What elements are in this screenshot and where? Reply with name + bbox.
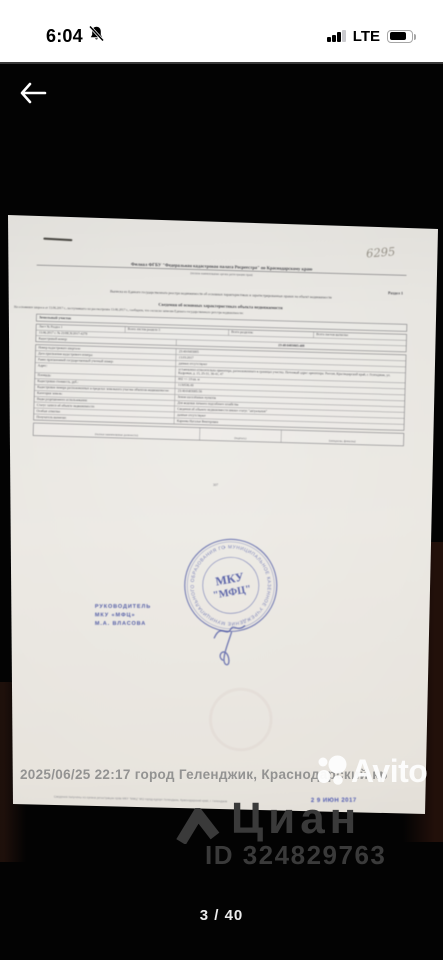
avito-watermark: Avito — [315, 754, 427, 788]
clock: 6:04 — [46, 26, 83, 47]
bell-slash-icon — [88, 25, 105, 47]
cian-chevron-icon — [176, 808, 220, 844]
name-stamp-line3: М.А. ВЛАСОВА — [95, 619, 151, 628]
page-counter: 3 / 40 — [0, 907, 443, 924]
sig-position: (полное наименование должности) — [33, 423, 200, 440]
sig-sign: (подпись) — [200, 428, 282, 442]
photo-viewer[interactable]: 6295 Филиал ФГБУ "Федеральная кадастрова… — [0, 62, 443, 960]
document-content: 6295 Филиал ФГБУ "Федеральная кадастрова… — [0, 216, 438, 838]
network-label: LTE — [353, 28, 380, 45]
doc-page-number: 307 — [1, 477, 431, 493]
arrow-left-icon — [18, 81, 48, 105]
status-bar: 6:04 LTE — [0, 0, 443, 62]
signature-icon — [210, 617, 257, 673]
cian-id: ID 324829763 — [205, 840, 386, 871]
back-button[interactable] — [18, 78, 52, 108]
stamp-bleed-through — [208, 687, 273, 752]
avito-dots-icon — [315, 754, 349, 788]
doc-section-label: Раздел 1 — [388, 291, 403, 296]
name-stamp: РУКОВОДИТЕЛЬ МКУ «МФЦ» М.А. ВЛАСОВА — [95, 602, 151, 628]
name-stamp-line2: МКУ «МФЦ» — [95, 611, 151, 620]
divider — [0, 62, 443, 64]
avito-label: Avito — [351, 754, 427, 788]
signal-bars-icon — [327, 30, 346, 42]
doc-table: Земельный участок Лист № Раздел 1 Всего … — [33, 314, 407, 449]
doc-main-rows: Номер кадастрового квартала:23:40:040300… — [33, 344, 406, 430]
screen: 6:04 LTE 6295 Филиал — [0, 0, 443, 960]
cian-label: Циан — [231, 794, 361, 844]
name-stamp-line1: РУКОВОДИТЕЛЬ — [95, 602, 151, 611]
handwritten-number: 6295 — [366, 245, 396, 260]
staple-mark — [43, 238, 72, 241]
battery-icon — [387, 30, 413, 43]
cian-watermark: Циан ID 324829763 — [0, 802, 443, 872]
sig-name: (инициалы, фамилия) — [281, 430, 403, 445]
